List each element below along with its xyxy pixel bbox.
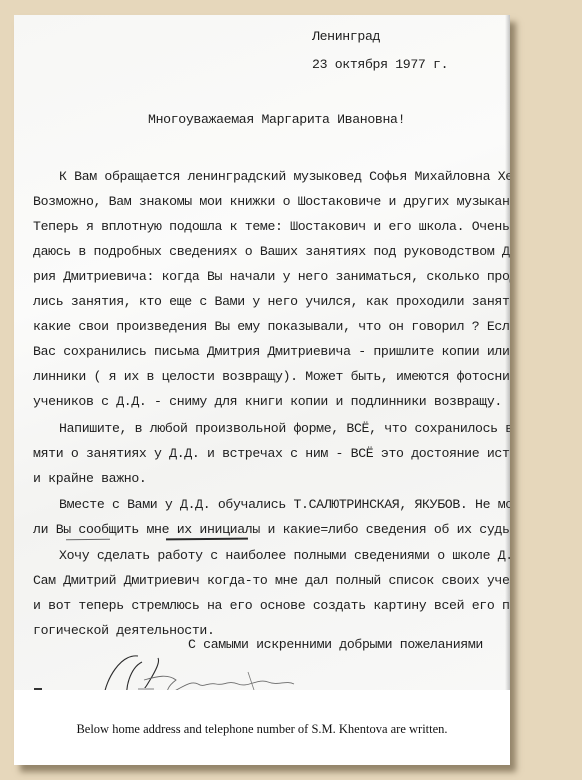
letter-line: лись занятия, кто еще с Вами у него учил… — [33, 295, 510, 308]
handwritten-signature-icon — [98, 650, 318, 690]
letter-salutation: Многоуважаемая Маргарита Ивановна! — [148, 113, 405, 126]
letter-line: Хочу сделать работу с наиболее полными с… — [59, 549, 510, 562]
letter-line: гогической деятельности. — [33, 624, 215, 637]
image-caption: Below home address and telephone number … — [14, 722, 510, 737]
letter-line: Вас сохранились письма Дмитрия Дмитриеви… — [33, 345, 510, 358]
letter-city: Ленинград — [312, 30, 380, 43]
handwritten-underline — [66, 539, 110, 540]
letter-line: мяти о занятиях у Д.Д. и встречах с ним … — [33, 447, 510, 460]
letter-line: Теперь я вплотную подошла к теме: Шостак… — [33, 220, 510, 233]
typewritten-letter: Ленинград 23 октября 1977 г. Многоуважае… — [14, 15, 510, 690]
letter-line: какие свои произведения Вы ему показывал… — [33, 320, 510, 333]
letter-line: К Вам обращается ленинградский музыковед… — [59, 170, 510, 183]
letter-line: линники ( я их в целости возвращу). Може… — [33, 370, 510, 383]
letter-line: Напишите, в любой произвольной форме, ВС… — [59, 422, 510, 435]
document-sheet: Ленинград 23 октября 1977 г. Многоуважае… — [14, 15, 510, 765]
letter-line: ли Вы сообщить мне их инициалы и какие=л… — [33, 523, 510, 536]
letter-line: Вместе с Вами у Д.Д. обучались Т.САЛЮТРИ… — [59, 498, 510, 511]
letter-line: Возможно, Вам знакомы мои книжки о Шоста… — [33, 195, 510, 208]
handwritten-underline — [166, 538, 248, 541]
letter-line: и крайне важно. — [33, 472, 146, 485]
caption-area: Below home address and telephone number … — [14, 690, 510, 765]
letter-line: Сам Дмитрий Дмитриевич когда-то мне дал … — [33, 574, 510, 587]
letter-date: 23 октября 1977 г. — [312, 58, 448, 71]
letter-line: учеников с Д.Д. - сниму для книги копии … — [33, 395, 502, 408]
letter-line: даюсь в подробных сведениях о Ваших заня… — [33, 245, 510, 258]
letter-line: рия Дмитриевича: когда Вы начали у него … — [33, 270, 510, 283]
letter-line: и вот теперь стремлюсь на его основе соз… — [33, 599, 510, 612]
